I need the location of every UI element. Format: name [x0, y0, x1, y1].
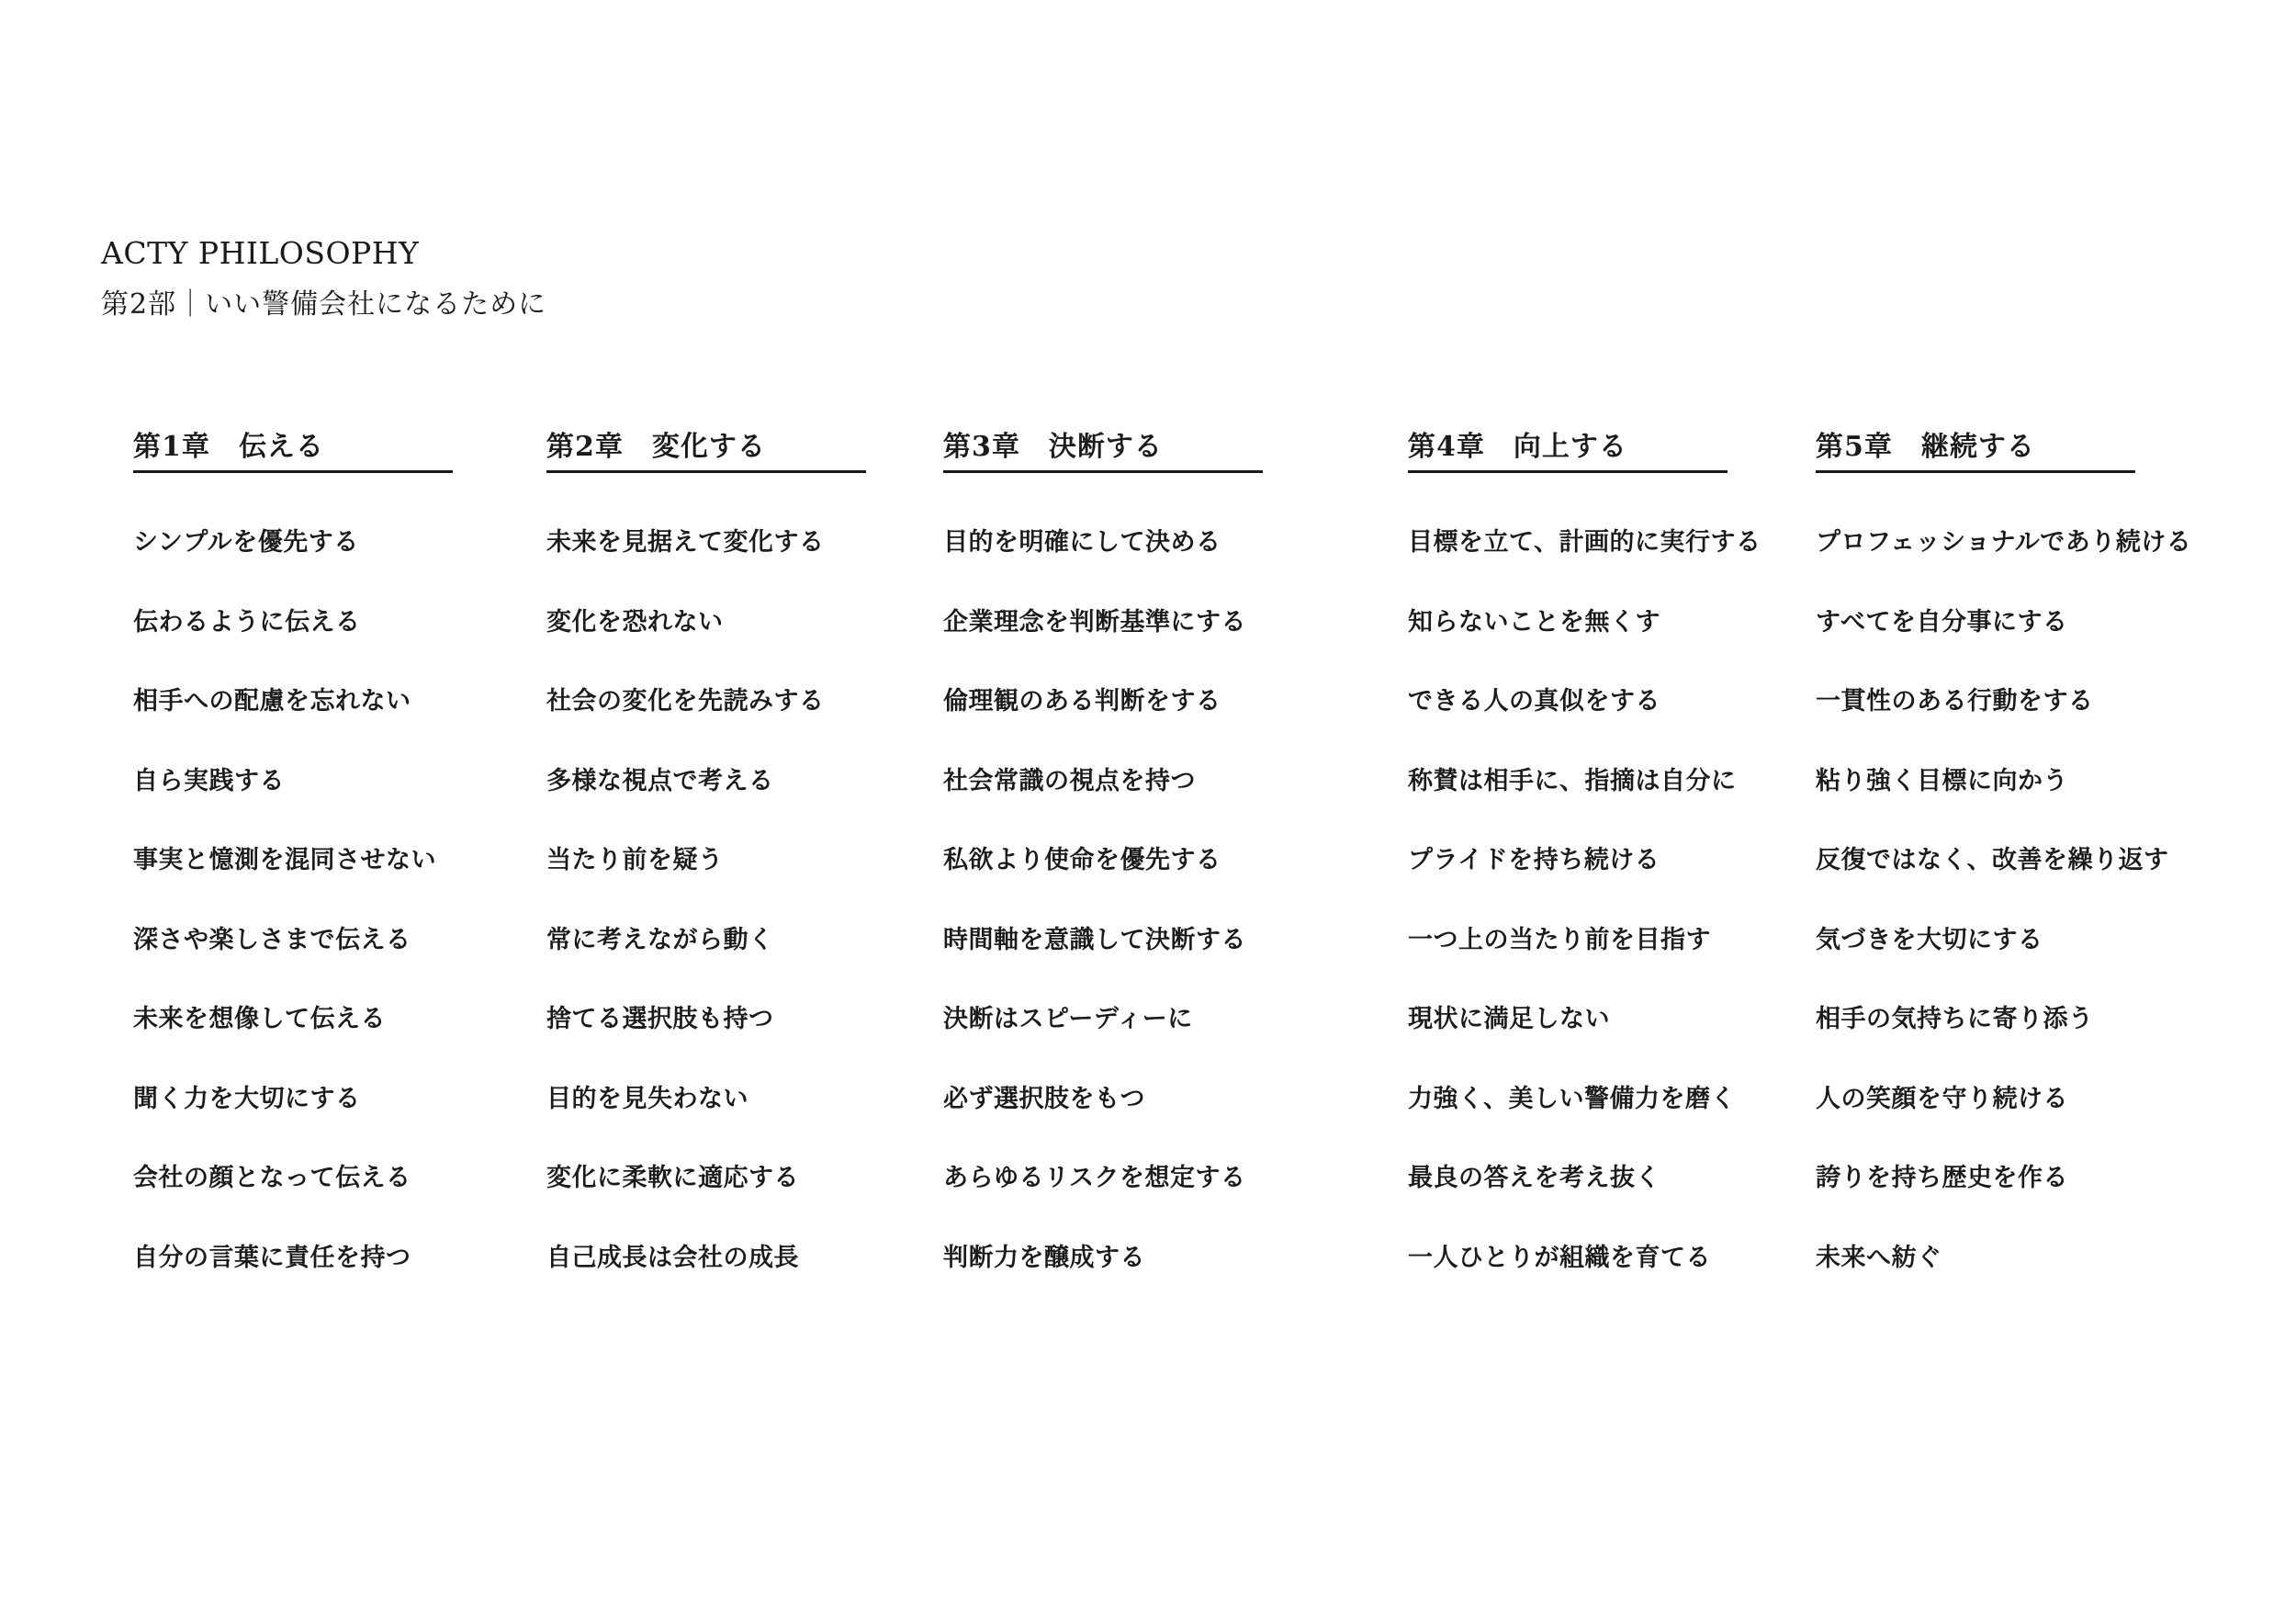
list-item: 倫理観のある判断をする	[943, 686, 1246, 766]
list-item: 誇りを持ち歴史を作る	[1816, 1163, 2191, 1243]
philosophy-list: プロフェッショナルであり続けるすべてを自分事にする一貫性のある行動をする粘り強く…	[1816, 527, 2191, 1322]
list-item: 目的を明確にして決める	[943, 527, 1246, 607]
chapter-heading: 第4章 向上する	[1408, 432, 1728, 473]
list-item: 深さや楽しさまで伝える	[133, 925, 436, 1005]
list-item: 一貫性のある行動をする	[1816, 686, 2191, 766]
list-item: 自分の言葉に責任を持つ	[133, 1243, 436, 1323]
list-item: 目的を見失わない	[546, 1084, 825, 1164]
list-item: 反復ではなく、改善を繰り返す	[1816, 845, 2191, 925]
list-item: シンプルを優先する	[133, 527, 436, 607]
list-item: 力強く、美しい警備力を磨く	[1408, 1084, 1761, 1164]
list-item: 気づきを大切にする	[1816, 925, 2191, 1005]
list-item: 一人ひとりが組織を育てる	[1408, 1243, 1761, 1323]
list-item: 時間軸を意識して決断する	[943, 925, 1246, 1005]
chapter-heading: 第3章 決断する	[943, 432, 1263, 473]
list-item: 聞く力を大切にする	[133, 1084, 436, 1164]
list-item: プロフェッショナルであり続ける	[1816, 527, 2191, 607]
chapter-column-3: 第3章 決断する 目的を明確にして決める企業理念を判断基準にする倫理観のある判断…	[943, 432, 1263, 473]
list-item: 相手への配慮を忘れない	[133, 686, 436, 766]
chapter-column-5: 第5章 継続する プロフェッショナルであり続けるすべてを自分事にする一貫性のある…	[1816, 432, 2135, 473]
list-item: 目標を立て、計画的に実行する	[1408, 527, 1761, 607]
list-item: 決断はスピーディーに	[943, 1004, 1246, 1084]
list-item: 企業理念を判断基準にする	[943, 607, 1246, 687]
chapter-heading: 第2章 変化する	[546, 432, 866, 473]
list-item: 自ら実践する	[133, 766, 436, 846]
list-item: できる人の真似をする	[1408, 686, 1761, 766]
philosophy-list: シンプルを優先する伝わるように伝える相手への配慮を忘れない自ら実践する事実と憶測…	[133, 527, 436, 1322]
list-item: 一つ上の当たり前を目指す	[1408, 925, 1761, 1005]
page-title: ACTY PHILOSOPHY	[101, 235, 419, 272]
list-item: 私欲より使命を優先する	[943, 845, 1246, 925]
list-item: 最良の答えを考え抜く	[1408, 1163, 1761, 1243]
philosophy-list: 目標を立て、計画的に実行する知らないことを無くすできる人の真似をする称賛は相手に…	[1408, 527, 1761, 1322]
list-item: 事実と憶測を混同させない	[133, 845, 436, 925]
chapter-heading: 第1章 伝える	[133, 432, 453, 473]
philosophy-list: 目的を明確にして決める企業理念を判断基準にする倫理観のある判断をする社会常識の視…	[943, 527, 1246, 1322]
list-item: 変化を恐れない	[546, 607, 825, 687]
list-item: 自己成長は会社の成長	[546, 1243, 825, 1323]
list-item: 社会常識の視点を持つ	[943, 766, 1246, 846]
list-item: 必ず選択肢をもつ	[943, 1084, 1246, 1164]
chapter-column-1: 第1章 伝える シンプルを優先する伝わるように伝える相手への配慮を忘れない自ら実…	[133, 432, 453, 473]
list-item: 粘り強く目標に向かう	[1816, 766, 2191, 846]
list-item: すべてを自分事にする	[1816, 607, 2191, 687]
list-item: 会社の顔となって伝える	[133, 1163, 436, 1243]
chapter-column-2: 第2章 変化する 未来を見据えて変化する変化を恐れない社会の変化を先読みする多様…	[546, 432, 866, 473]
list-item: 捨てる選択肢も持つ	[546, 1004, 825, 1084]
list-item: 判断力を醸成する	[943, 1243, 1246, 1323]
page: ACTY PHILOSOPHY 第2部｜いい警備会社になるために 第1章 伝える…	[0, 0, 2296, 1623]
list-item: 当たり前を疑う	[546, 845, 825, 925]
list-item: 未来へ紡ぐ	[1816, 1243, 2191, 1323]
list-item: あらゆるリスクを想定する	[943, 1163, 1246, 1243]
list-item: 現状に満足しない	[1408, 1004, 1761, 1084]
list-item: 常に考えながら動く	[546, 925, 825, 1005]
list-item: 相手の気持ちに寄り添う	[1816, 1004, 2191, 1084]
chapter-heading: 第5章 継続する	[1816, 432, 2135, 473]
list-item: プライドを持ち続ける	[1408, 845, 1761, 925]
page-subtitle: 第2部｜いい警備会社になるために	[101, 288, 546, 321]
list-item: 未来を見据えて変化する	[546, 527, 825, 607]
list-item: 社会の変化を先読みする	[546, 686, 825, 766]
list-item: 知らないことを無くす	[1408, 607, 1761, 687]
list-item: 伝わるように伝える	[133, 607, 436, 687]
list-item: 称賛は相手に、指摘は自分に	[1408, 766, 1761, 846]
chapters-grid: 第1章 伝える シンプルを優先する伝わるように伝える相手への配慮を忘れない自ら実…	[0, 432, 2296, 1350]
list-item: 人の笑顔を守り続ける	[1816, 1084, 2191, 1164]
philosophy-list: 未来を見据えて変化する変化を恐れない社会の変化を先読みする多様な視点で考える当た…	[546, 527, 825, 1322]
list-item: 多様な視点で考える	[546, 766, 825, 846]
chapter-column-4: 第4章 向上する 目標を立て、計画的に実行する知らないことを無くすできる人の真似…	[1408, 432, 1728, 473]
list-item: 未来を想像して伝える	[133, 1004, 436, 1084]
list-item: 変化に柔軟に適応する	[546, 1163, 825, 1243]
